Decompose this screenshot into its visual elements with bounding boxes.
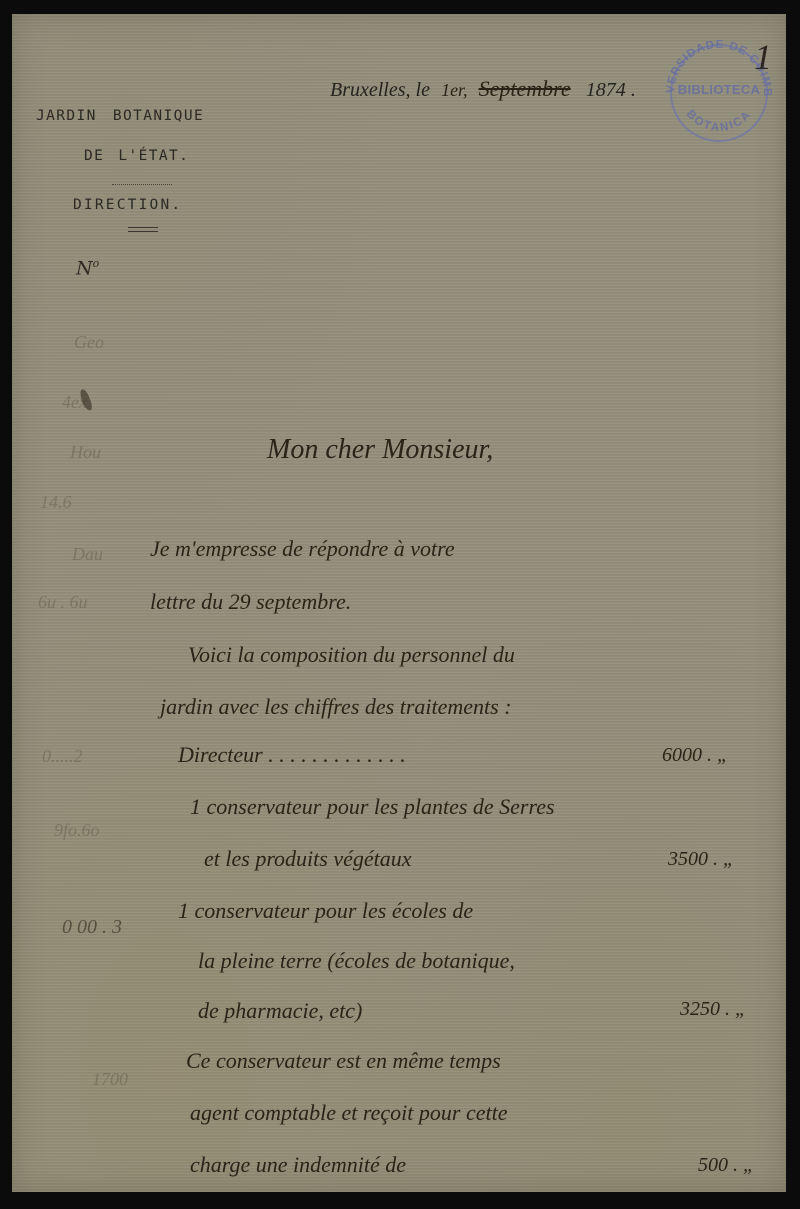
bleedthrough-mark: 14.6 [40,492,72,513]
body-line: Voici la composition du personnel du [188,642,515,668]
salutation: Mon cher Monsieur, [267,434,493,466]
note-line: agent comptable et reçoit pour cette [190,1100,507,1126]
decorative-rule [112,184,172,188]
date-trailing: . [631,79,636,101]
letterhead-department: DIRECTION. [73,197,182,213]
bleedthrough-mark: Geo [74,332,104,353]
bleedthrough-mark: Dau [72,544,103,565]
staff-role: 1 conservateur pour les écoles de [178,898,473,924]
page-number: 1 [754,36,772,78]
staff-salary: 6000 . „ [662,744,728,767]
date-line: Bruxelles, le 1er, Septembre 1874 . [330,76,636,102]
body-line: Je m'empresse de répondre à votre [150,536,455,562]
number-label-sup: o [93,257,100,270]
bleedthrough-mark: Hou [70,442,101,463]
stamp-center-text: BIBLIOTECA [672,82,766,97]
date-year-printed: 187 [586,79,616,101]
staff-role: la pleine terre (écoles de botanique, [198,948,515,974]
date-place: Bruxelles, le [330,79,430,101]
number-label-text: N [76,257,93,279]
letterhead-institution: JARDIN BOTANIQUE [36,108,204,124]
date-year: 1874 [586,79,626,101]
date-month-struck: Septembre [479,76,571,101]
bleedthrough-mark: 1700 [92,1069,128,1090]
bleedthrough-mark: 0.....2 [42,746,83,767]
staff-role: et les produits végétaux [204,846,412,872]
note-line: charge une indemnité de [190,1152,406,1178]
stamp-bottom-arc: BOTANICA [684,108,754,134]
staff-role: de pharmacie, etc) [198,998,362,1024]
double-rule [128,227,158,232]
body-line: lettre du 29 septembre. [150,589,351,615]
staff-role: 1 conservateur pour les plantes de Serre… [190,794,555,820]
date-year-handwritten: 4 [616,79,626,101]
staff-salary: 3500 . „ [668,848,734,871]
note-line: Ce conservateur est en même temps [186,1048,501,1074]
reference-number-label: No [76,257,99,279]
staff-role: Directeur . . . . . . . . . . . . . [178,742,406,768]
date-day: 1er, [441,80,468,100]
bleedthrough-mark: 9fo.6o [54,820,100,841]
svg-text:BOTANICA: BOTANICA [684,108,754,134]
body-line: jardin avec les chiffres des traitements… [160,694,512,720]
bleedthrough-mark: 0 00 . 3 [62,916,122,939]
note-amount: 500 . „ [698,1154,754,1177]
letterhead-subtitle: DE L'ÉTAT. [84,148,189,164]
letter-page: Geo 4ex Hou 14.6 Dau 6u . 6u 0.....2 9fo… [12,14,786,1192]
staff-salary: 3250 . „ [680,998,746,1021]
bleedthrough-mark: 6u . 6u [38,592,88,613]
